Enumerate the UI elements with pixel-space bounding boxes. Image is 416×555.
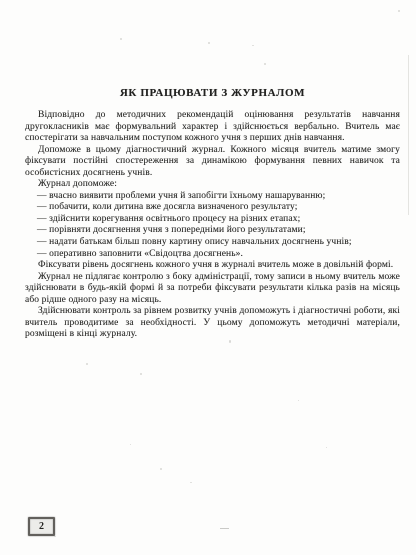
page-number-badge: 2 [28,517,55,536]
scan-speck [54,536,56,537]
paragraph-intro-1: Відповідно до методичних рекомендацій оц… [25,110,400,145]
scan-speck [130,444,131,445]
scan-dash-mark [220,528,229,529]
scan-speck [120,38,122,40]
scan-speck [140,373,142,375]
page-number: 2 [39,521,44,532]
bullet-list: — вчасно виявити проблеми учня й запобіг… [25,191,400,260]
scan-speck [160,468,162,470]
list-item: — побачити, коли дитина вже досягла визн… [25,202,400,214]
list-item: — надати батькам більш повну картину опи… [25,237,400,249]
scan-edge-line [408,55,409,215]
scanned-page: ЯК ПРАЦЮВАТИ З ЖУРНАЛОМ Відповідно до ме… [0,0,416,555]
scan-speck [229,340,231,343]
list-item: — вчасно виявити проблеми учня й запобіг… [25,191,400,203]
scan-speck [326,447,327,448]
scan-speck [190,482,192,483]
scan-speck [398,10,400,12]
scan-speck [208,42,210,44]
scan-speck [86,363,88,365]
list-item: — оперативно заповнити «Свідоцтва досягн… [25,249,400,261]
list-intro: Журнал допоможе: [25,179,400,191]
paragraph-outro-2: Журнал не підлягає контролю з боку адмін… [25,272,400,307]
scan-speck [298,400,299,401]
page-title: ЯК ПРАЦЮВАТИ З ЖУРНАЛОМ [25,87,400,99]
paragraph-outro-1: Фіксувати рівень досягнень кожного учня … [25,260,400,272]
scan-speck [264,63,266,65]
paragraph-intro-2: Допоможе в цьому діагностичний журнал. К… [25,145,400,180]
list-item: — здійснити корегування освітнього проце… [25,214,400,226]
paragraph-outro-3: Здійснювати контроль за рівнем розвитку … [25,306,400,341]
page-content: ЯК ПРАЦЮВАТИ З ЖУРНАЛОМ Відповідно до ме… [25,87,400,341]
scan-speck [252,45,254,46]
list-item: — порівняти досягнення учня з попереднім… [25,225,400,237]
